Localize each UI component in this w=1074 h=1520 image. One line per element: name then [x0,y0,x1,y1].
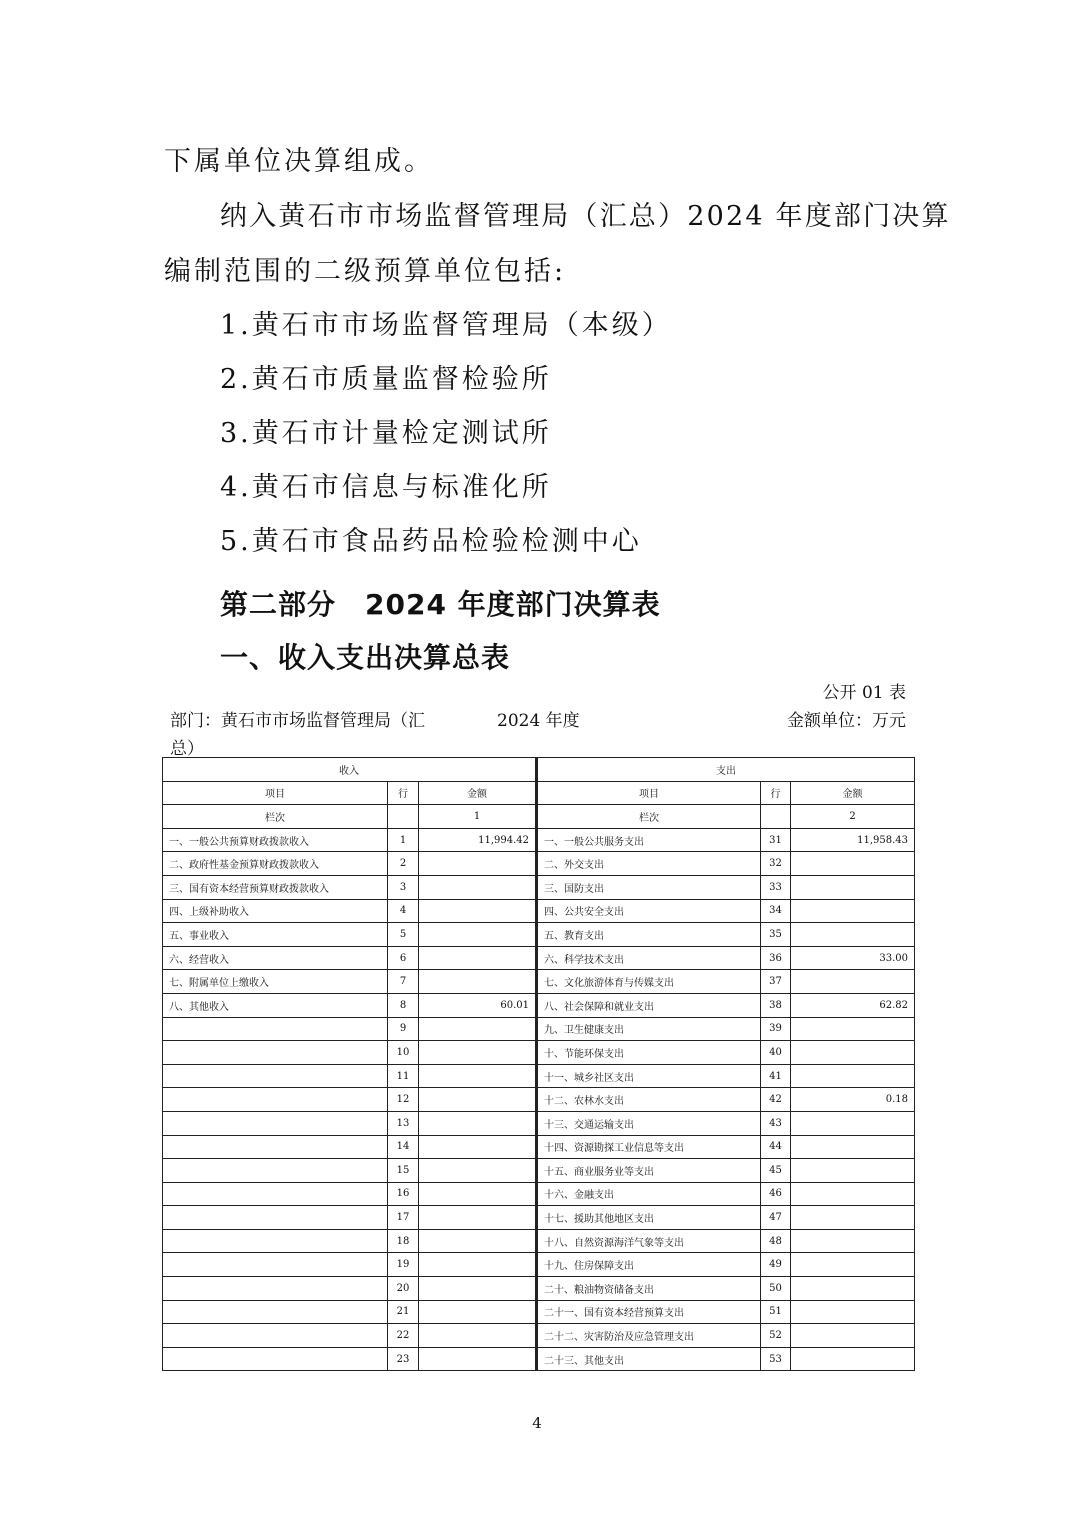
expense-row-number: 53 [761,1347,791,1371]
body-paragraph-line: 下属单位决算组成。 [164,148,434,175]
income-row-number: 9 [388,1017,419,1041]
expense-row-number: 44 [761,1135,791,1159]
table-group-header-row: 收入 支出 [163,758,915,782]
table-row: 18十八、自然资源海洋气象等支出48 [163,1229,915,1253]
income-item-cell [163,1111,388,1135]
income-amount-cell [419,875,537,899]
income-amount-cell [419,1088,537,1112]
income-row-number: 17 [388,1206,419,1230]
page-number: 4 [0,1414,1074,1432]
expense-item-cell: 十五、商业服务业等支出 [537,1159,761,1183]
expense-amount-cell [791,970,915,994]
income-item-cell [163,1041,388,1065]
expense-amount-cell [791,1324,915,1348]
income-row-number: 1 [388,828,419,852]
unit-list-item: 4.黄石市信息与标准化所 [220,474,552,501]
expense-row-number: 51 [761,1300,791,1324]
expense-item-cell: 十三、交通运输支出 [537,1111,761,1135]
income-row-number: 11 [388,1064,419,1088]
income-item-cell [163,1135,388,1159]
income-row-number: 22 [388,1324,419,1348]
table-row: 12十二、农林水支出420.18 [163,1088,915,1112]
table-row: 三、国有资本经营预算财政拨款收入3三、国防支出33 [163,875,915,899]
amount-unit: 金额单位：万元 [787,706,906,731]
income-row-number: 20 [388,1277,419,1301]
expense-item-cell: 二、外交支出 [537,852,761,876]
income-item-cell: 三、国有资本经营预算财政拨款收入 [163,875,388,899]
table-row: 10十、节能环保支出40 [163,1041,915,1065]
expense-item-cell: 十、节能环保支出 [537,1041,761,1065]
expense-item-cell: 七、文化旅游体育与传媒支出 [537,970,761,994]
expense-row-number: 31 [761,828,791,852]
income-amount-cell [419,1253,537,1277]
expense-amount-cell [791,1206,915,1230]
body-paragraph-line: 编制范围的二级预算单位包括: [164,258,566,285]
table-row: 四、上级补助收入4四、公共安全支出34 [163,899,915,923]
table-row: 五、事业收入5五、教育支出35 [163,923,915,947]
expense-row-number: 50 [761,1277,791,1301]
income-amount-cell [419,1182,537,1206]
unit-list-item: 5.黄石市食品药品检验检测中心 [220,528,642,555]
expense-index-blank [761,805,791,829]
expense-header: 支出 [537,758,915,782]
income-row-number: 12 [388,1088,419,1112]
income-amount-cell [419,1017,537,1041]
income-item-cell: 七、附属单位上缴收入 [163,970,388,994]
expense-amount-cell [791,1347,915,1371]
expense-item-cell: 二十一、国有资本经营预算支出 [537,1300,761,1324]
income-item-cell: 五、事业收入 [163,923,388,947]
income-item-cell [163,1229,388,1253]
income-row-number: 5 [388,923,419,947]
income-amount-cell [419,1277,537,1301]
expense-item-cell: 十六、金融支出 [537,1182,761,1206]
income-index-value: 1 [419,805,537,829]
income-amount-cell [419,1041,537,1065]
table-row: 13十三、交通运输支出43 [163,1111,915,1135]
income-row-number: 10 [388,1041,419,1065]
income-amount-cell [419,1159,537,1183]
expense-item-cell: 二十三、其他支出 [537,1347,761,1371]
expense-item-cell: 十九、住房保障支出 [537,1253,761,1277]
expense-amount-cell [791,1182,915,1206]
expense-item-cell: 九、卫生健康支出 [537,1017,761,1041]
expense-item-cell: 四、公共安全支出 [537,899,761,923]
table-row: 19十九、住房保障支出49 [163,1253,915,1277]
table-row: 22二十二、灾害防治及应急管理支出52 [163,1324,915,1348]
expense-amount-cell [791,1229,915,1253]
income-row-number: 7 [388,970,419,994]
income-row-number: 15 [388,1159,419,1183]
expense-amount-cell [791,1041,915,1065]
expense-amount-cell [791,899,915,923]
income-row-number: 3 [388,875,419,899]
income-amount-cell [419,1347,537,1371]
income-item-cell [163,1017,388,1041]
expense-amount-cell [791,1135,915,1159]
section-heading: 第二部分 2024 年度部门决算表 [220,583,661,623]
income-amount-header: 金额 [419,781,537,805]
income-row-number: 14 [388,1135,419,1159]
expense-row-number: 42 [761,1088,791,1112]
income-amount-cell: 60.01 [419,993,537,1017]
expense-amount-cell [791,1159,915,1183]
income-row-number: 21 [388,1300,419,1324]
expense-item-cell: 十八、自然资源海洋气象等支出 [537,1229,761,1253]
expense-row-number: 40 [761,1041,791,1065]
income-amount-cell [419,1111,537,1135]
expense-amount-cell [791,875,915,899]
expense-amount-header: 金额 [791,781,915,805]
income-row-number: 16 [388,1182,419,1206]
expense-amount-cell [791,852,915,876]
expense-amount-cell: 0.18 [791,1088,915,1112]
expense-amount-cell [791,1253,915,1277]
expense-row-number: 52 [761,1324,791,1348]
income-item-cell [163,1182,388,1206]
table-row: 六、经营收入6六、科学技术支出3633.00 [163,946,915,970]
income-row-number: 18 [388,1229,419,1253]
unit-list-item: 3.黄石市计量检定测试所 [220,420,552,447]
table-row: 16十六、金融支出46 [163,1182,915,1206]
expense-item-cell: 十七、援助其他地区支出 [537,1206,761,1230]
income-item-cell [163,1347,388,1371]
expense-row-number: 47 [761,1206,791,1230]
income-item-cell [163,1253,388,1277]
expense-item-cell: 一、一般公共服务支出 [537,828,761,852]
table-row: 21二十一、国有资本经营预算支出51 [163,1300,915,1324]
income-item-cell [163,1088,388,1112]
income-row-number: 13 [388,1111,419,1135]
sub-heading: 一、收入支出决算总表 [220,636,510,676]
expense-row-number: 41 [761,1064,791,1088]
table-column-header-row: 项目 行 金额 项目 行 金额 [163,781,915,805]
income-amount-cell [419,1229,537,1253]
table-row: 11十一、城乡社区支出41 [163,1064,915,1088]
income-row-number: 2 [388,852,419,876]
expense-amount-cell [791,923,915,947]
expense-index-value: 2 [791,805,915,829]
expense-row-number: 35 [761,923,791,947]
expense-amount-cell [791,1300,915,1324]
table-row: 15十五、商业服务业等支出45 [163,1159,915,1183]
expense-row-number: 43 [761,1111,791,1135]
expense-amount-cell: 62.82 [791,993,915,1017]
income-item-cell [163,1300,388,1324]
table-row: 八、其他收入860.01八、社会保障和就业支出3862.82 [163,993,915,1017]
income-header: 收入 [163,758,537,782]
expense-index-label: 栏次 [537,805,761,829]
income-amount-cell [419,923,537,947]
expense-item-cell: 六、科学技术支出 [537,946,761,970]
expense-item-cell: 二十、粮油物资储备支出 [537,1277,761,1301]
expense-row-number: 38 [761,993,791,1017]
income-amount-cell [419,1324,537,1348]
table-row: 一、一般公共预算财政拨款收入111,994.42一、一般公共服务支出3111,9… [163,828,915,852]
income-item-header: 项目 [163,781,388,805]
expense-row-number: 39 [761,1017,791,1041]
income-expense-table: 收入 支出 项目 行 金额 项目 行 金额 栏次 1 栏次 2 一、一般公共预算… [162,757,915,1371]
expense-row-header: 行 [761,781,791,805]
expense-item-cell: 二十二、灾害防治及应急管理支出 [537,1324,761,1348]
table-row: 9九、卫生健康支出39 [163,1017,915,1041]
income-row-number: 4 [388,899,419,923]
income-amount-cell [419,1206,537,1230]
income-row-number: 8 [388,993,419,1017]
income-amount-cell: 11,994.42 [419,828,537,852]
expense-amount-cell [791,1017,915,1041]
income-index-label: 栏次 [163,805,388,829]
expense-row-number: 45 [761,1159,791,1183]
expense-amount-cell [791,1277,915,1301]
unit-list-item: 1.黄石市市场监督管理局（本级） [220,312,672,339]
income-row-number: 6 [388,946,419,970]
expense-item-cell: 十四、资源勘探工业信息等支出 [537,1135,761,1159]
expense-amount-cell [791,1111,915,1135]
income-row-number: 19 [388,1253,419,1277]
income-amount-cell [419,946,537,970]
income-item-cell [163,1324,388,1348]
expense-amount-cell [791,1064,915,1088]
expense-row-number: 49 [761,1253,791,1277]
expense-item-cell: 八、社会保障和就业支出 [537,993,761,1017]
expense-item-cell: 十一、城乡社区支出 [537,1064,761,1088]
unit-list-item: 2.黄石市质量监督检验所 [220,366,552,393]
income-amount-cell [419,899,537,923]
table-row: 20二十、粮油物资储备支出50 [163,1277,915,1301]
income-amount-cell [419,852,537,876]
income-item-cell: 二、政府性基金预算财政拨款收入 [163,852,388,876]
table-row: 七、附属单位上缴收入7七、文化旅游体育与传媒支出37 [163,970,915,994]
income-amount-cell [419,1064,537,1088]
income-item-cell: 六、经营收入 [163,946,388,970]
income-item-cell: 一、一般公共预算财政拨款收入 [163,828,388,852]
expense-row-number: 33 [761,875,791,899]
expense-item-cell: 十二、农林水支出 [537,1088,761,1112]
income-amount-cell [419,1135,537,1159]
expense-amount-cell: 33.00 [791,946,915,970]
income-index-blank [388,805,419,829]
income-item-cell [163,1064,388,1088]
income-item-cell [163,1206,388,1230]
expense-row-number: 37 [761,970,791,994]
table-code: 公开 01 表 [823,678,906,703]
expense-item-cell: 三、国防支出 [537,875,761,899]
table-column-index-row: 栏次 1 栏次 2 [163,805,915,829]
income-item-cell: 四、上级补助收入 [163,899,388,923]
department-label-cont: 总） [170,734,204,759]
table-row: 23二十三、其他支出53 [163,1347,915,1371]
table-row: 二、政府性基金预算财政拨款收入2二、外交支出32 [163,852,915,876]
income-item-cell [163,1277,388,1301]
income-amount-cell [419,970,537,994]
fiscal-year: 2024 年度 [497,706,580,731]
income-row-number: 23 [388,1347,419,1371]
table-row: 17十七、援助其他地区支出47 [163,1206,915,1230]
table-row: 14十四、资源勘探工业信息等支出44 [163,1135,915,1159]
expense-amount-cell: 11,958.43 [791,828,915,852]
department-label: 部门：黄石市市场监督管理局（汇 [170,706,425,731]
expense-row-number: 48 [761,1229,791,1253]
income-amount-cell [419,1300,537,1324]
body-paragraph-line: 纳入黄石市市场监督管理局（汇总）2024 年度部门决算 [220,203,951,230]
expense-row-number: 36 [761,946,791,970]
expense-item-header: 项目 [537,781,761,805]
expense-row-number: 34 [761,899,791,923]
income-item-cell: 八、其他收入 [163,993,388,1017]
expense-row-number: 46 [761,1182,791,1206]
income-item-cell [163,1159,388,1183]
expense-row-number: 32 [761,852,791,876]
expense-item-cell: 五、教育支出 [537,923,761,947]
income-row-header: 行 [388,781,419,805]
